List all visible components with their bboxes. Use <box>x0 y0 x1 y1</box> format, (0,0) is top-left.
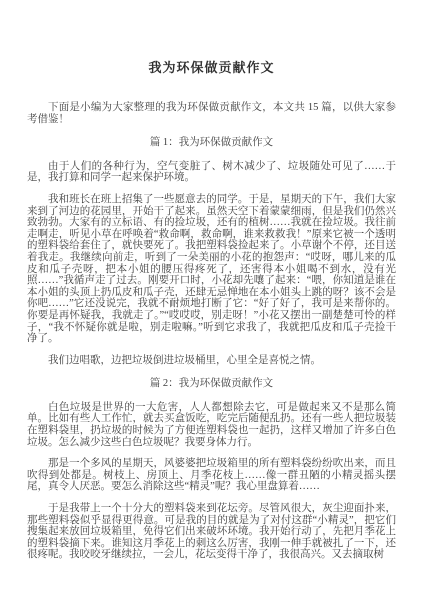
essay-paragraph: 我们边唱歌，边把垃圾倒进垃圾桶里，心里全是喜悦之情。 <box>27 355 396 367</box>
document-title: 我为环保做贡献作文 <box>27 57 396 76</box>
document-page: 我为环保做贡献作文 下面是小编为大家整理的我为环保做贡献作文，本文共 15 篇，… <box>0 0 423 600</box>
essay-paragraph: 白色垃圾是世界的一大危害，人人都想除去它，可是做起来又不是那么简单。比如有些人工… <box>27 402 396 448</box>
document-body: 下面是小编为大家整理的我为环保做贡献作文，本文共 15 篇，以供大家参考借鉴！ … <box>27 102 396 561</box>
essay-paragraph: 由于人们的各种行为，空气变脏了、树木减少了、垃圾随处可见了……于是，我打算和同学… <box>27 161 396 184</box>
section-1-heading: 篇 1：我为环保做贡献作文 <box>27 137 396 149</box>
intro-paragraph: 下面是小编为大家整理的我为环保做贡献作文，本文共 15 篇，以供大家参考借鉴！ <box>27 102 396 125</box>
essay-paragraph: 于是我带上一个十分大的塑料袋来到花坛旁。尽管风很大，灰尘迎面扑来，那些塑料袋似乎… <box>27 503 396 561</box>
section-2-heading: 篇 2：我为环保做贡献作文 <box>27 378 396 390</box>
essay-paragraph: 我和班长在班上招集了一些愿意去的同学。于是，星期天的下午，我们大家来到了河边的花… <box>27 194 396 345</box>
essay-paragraph: 那是一个多风的星期天，风婆婆把垃圾箱里的所有塑料袋纷纷吹出来，而且吹得到处都是。… <box>27 458 396 493</box>
